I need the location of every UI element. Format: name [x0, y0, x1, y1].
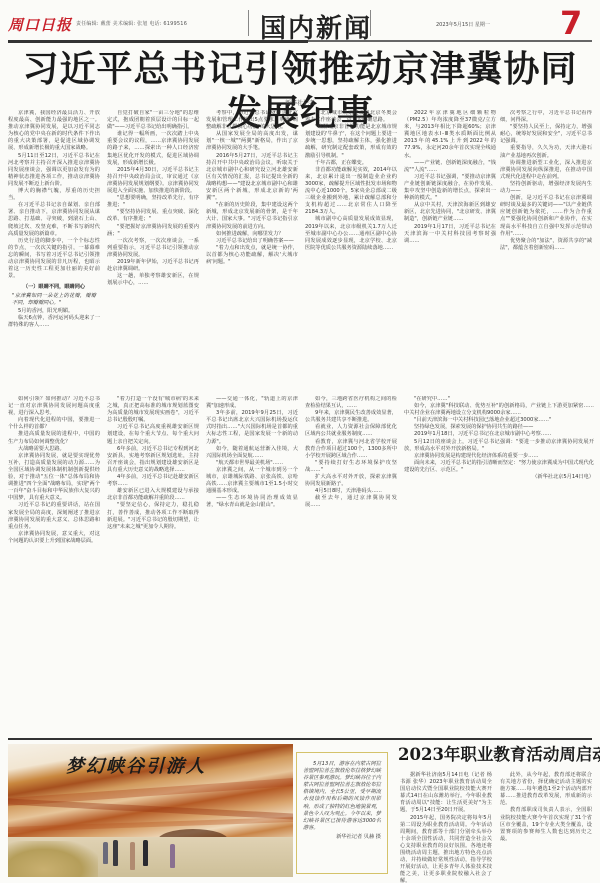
newspaper-logo: 周口日报	[8, 14, 72, 35]
paragraph: 并北京城市规划建设和北京冬奥会筹办工作座谈会，进一步明确思路。	[305, 110, 397, 124]
publication-date: 2023年5月15日 星期一	[436, 21, 490, 28]
paragraph: 推进高质量发展的进程中，中国的生产力布局如何调整优化？	[8, 431, 100, 445]
paragraph: 雄安新区已进入大规模建设与承接北京非首都功能疏解并重阶段……	[107, 488, 199, 502]
paragraph: 习近平总书记的重要讲话，站在国家发展全局的高度，深刻阐述了推进京津冀协同发展的重…	[8, 502, 100, 530]
photo-caption-box: 5月13日，游客在内蒙古阿拉善盟阿拉善左旗敖伦布拉格梦幻峡谷景区参观游玩。梦幻峡…	[296, 752, 388, 874]
paragraph: 5月11日至12日，习近平总书记在河北考察并主持召开深入推进京津冀协同发展座谈会…	[8, 153, 100, 188]
dateline: （新华社北京5月14日电）	[404, 474, 594, 481]
second-headline: 2023年职业教育活动周启动	[398, 741, 594, 765]
paragraph: 习近平总书记高度重视雄安新区规划建设，在每个重大节点、每个重大问题上亲自把关定向…	[107, 424, 199, 445]
paragraph: 如何引领？如何推动？习近平总书记一直对京津冀协同发展问题高度重视，进行深入思考。	[8, 396, 100, 417]
header-rule-accent	[8, 40, 308, 43]
paragraph: 一次次考察，一次次座谈会，一系列重要指示，习近平总书记引领推动京津冀协同发展。	[107, 238, 199, 259]
paragraph: 京津冀协同发展是构建现代化经济体系的重要一步……	[404, 453, 594, 460]
divider	[370, 10, 371, 36]
paragraph: "航天都市世界最美机场"……	[206, 460, 298, 467]
paragraph: 历史行进的脚步中，一个个标志性的节点，一次次关键的指引，一幕幕难忘的瞬间，书写着…	[8, 238, 100, 281]
paragraph: "要把握好京津冀协同发展的重要内涵；"	[107, 224, 199, 238]
article-column: "在研究中……" 如今，京津冀"科技联动、优势互补"的创新格局，产业链上下游更加…	[404, 396, 594, 734]
paragraph: 考察中，习近平总书记就推进北京发展和管理工作提出5点要求，明确"调整疏解非首都核…	[206, 110, 298, 131]
article-columns-bottom: 如何引领？如何推动？习近平总书记一直对京津冀协同发展问题高度重视，进行深入思考。…	[8, 296, 592, 646]
byline: 新华社记者	[0, 98, 600, 107]
paragraph: 2015年4月30日，习近平总书记主持召开中央政治局会议，审议通过《京津冀协同发…	[107, 167, 199, 195]
paragraph: 城市副中心高质量发展成效显现，2019年以来，北京市级机关1.7万人迁至城市副中…	[305, 216, 397, 251]
paragraph: 扩大高水平对外开放，探索京津冀协同发展新路子。	[305, 474, 397, 488]
canyon-photo: 梦幻峡谷引游人	[8, 744, 293, 877]
paragraph: "要坚持人民至上，保持定力，增强耐心，统筹好发展和安全"，习近平总书记强调。	[500, 124, 592, 145]
paragraph: 习近平总书记强调，"要推动京津冀产业链创新链深度融合，在协作发展、集中攻坚中创造…	[404, 174, 496, 202]
paragraph: 京津冀之间，从一个城市到另一个城市，京雄城际铁路、京张高铁、京哈高铁……京津冀主…	[206, 467, 298, 495]
paragraph: 京津冀，我国经济最具活力、开放程度最高、创新能力最强的地区之一。推动京津冀协同发…	[8, 110, 100, 153]
paragraph: 2022年京津冀地区细颗粒物（PM2.5）年均浓度降至37微克/立方米，与201…	[404, 110, 496, 160]
paragraph: ——交通一体化，"轨道上的京津冀"加速形成。	[206, 396, 298, 410]
paragraph: 此外，从今年起，教育部还将联合有关地方省份，择优确定活动主题的实施方案……每年遴…	[500, 772, 592, 807]
paragraph: 京津冀协同发展，就是要实现优势互补，打造高质量发展的动力源……为全国区域协调发展…	[8, 453, 100, 503]
paragraph: "思想要明确，坚持改革先行，有序推进；"	[107, 195, 199, 209]
photo-title: 梦幻峡谷引游人	[66, 752, 206, 778]
paragraph: 如今，三地跨省医疗机构之间的检查检验结果互认，……	[305, 396, 397, 410]
paragraph: 这一趟，单独考察雄安新区，在规划展示中心，……	[107, 273, 199, 287]
second-story-column: 据新华社济南5月14日电（记者 杨书源 张华）2023年职业教育活动周全国启动仪…	[400, 772, 492, 883]
second-story-column: 此外，从今年起，教育部还将联合有关地方省份，择优确定活动主题的实施方案……每年遴…	[500, 772, 592, 843]
paragraph: 看教育，京津冀与河北省学校开展教育合作项目超过100个，1300多所中小学校开展…	[305, 439, 397, 460]
article-column: 如今，三地跨省医疗机构之间的检查检验结果互认，…… 9年来，京津冀民生改善成效显…	[305, 396, 397, 734]
article-column: 如何引领？如何推动？习近平总书记一直对京津冀协同发展问题高度重视，进行深入思考。…	[8, 396, 100, 734]
paragraph: 坚持创新驱动，增强经济发展内生动力——	[500, 181, 592, 195]
paragraph: 谁记得一幅所画，一次次踏上中央重要会议的议程，……京津冀协同发展的路子来，……探…	[107, 131, 199, 166]
article-column: "着力打造一个没有'城市病'的未来之城，真正把高标准的城市规划蓝图变为高质量的城…	[107, 396, 199, 734]
paragraph: 协调推进新型工业化，深入推进京津冀协同发展向纵深推进，在推动中国式现代化进程中走…	[500, 160, 592, 181]
paragraph: 教育部职成司负责人表示，全国职业院校技能大赛今年首次实现了31个省区市全覆盖，1…	[500, 807, 592, 842]
section-divider	[8, 738, 592, 740]
editor-credits: 责任编辑: 戴蕾 美术编辑: 张旭 电话: 6199516	[76, 20, 187, 27]
paragraph: "要持续打好生态环境保护攻坚战……"	[305, 460, 397, 474]
paragraph: 2019年1月18日，习近平总书记在北京城市副中心考察……	[404, 431, 594, 438]
paragraph: 自觉打破自家"一亩三分地"的思维定式，抱成团朝着顶层设计的目标一起做"——习近平…	[107, 110, 199, 131]
paragraph: 如何推进疏解，向哪里发力？	[206, 231, 298, 238]
paragraph: 从京中关村，天津滨海新区到雄安新区，北京先进协同，"北京研发、津冀制造"，创新链…	[404, 202, 496, 223]
article-columns-top: 京津冀，我国经济最具活力、开放程度最高、创新能力最强的地区之一。推动京津冀协同发…	[8, 110, 592, 296]
paragraph: 截至去年，通过京津冀协同发展……	[305, 495, 397, 509]
paragraph: 在习近平总书记亲自谋划、亲自部署、亲自推动下，京津冀协同发展从谋思路、打基础、寻…	[8, 202, 100, 237]
paragraph: 5月12日的座谈会上，习近平总书记强调："要进一步推动京津冀协同发展开放，形成高…	[404, 439, 594, 453]
paragraph: "要坚定信心，保持定力，稳扎稳打，善作善成，推动各项工作不断取得新进展。"习近平…	[107, 502, 199, 530]
paragraph: 优势聚合的"加法"，资源共享的"减法"，都蕴含着创新密码……	[500, 238, 592, 252]
paragraph: "要坚持协同发展、重点突破、深化改革、有序推进；"	[107, 209, 199, 223]
paragraph: 如今，随着通航运营渐入佳境，大兴国际机场全面复航……	[206, 446, 298, 460]
paragraph: 2016年5月27日，习近平总书记主持召开中共中央政治局会议，听取关于北京城市副…	[206, 153, 298, 203]
photo-credit: 新华社记者 贝赫 摄	[303, 834, 381, 841]
paragraph: 创新，是习近平总书记在京津冀调研时谈及最多的关键词——"以产业链供应链创新链为依…	[500, 195, 592, 238]
paragraph: 博大的胸襟气魄，厚重的历史担当。	[8, 188, 100, 202]
photo-caption: 5月13日，游客在内蒙古阿拉善盟阿拉善左旗敖伦布拉格梦幻峡谷景区参观游玩。梦幻峡…	[303, 761, 381, 832]
grass	[8, 841, 98, 877]
paragraph: 4年多前，习近平总书记赴雄安新区考察……	[107, 474, 199, 488]
paragraph: 非首都功能疏解见实效，2014年以来，北京累计退出一般制造业企业约3000家，疏…	[305, 167, 397, 217]
paragraph: 习近平总书记给出了明确答案——	[206, 238, 298, 245]
paragraph: ——生态环境协同治理成效显著，"绿水青山就是金山银山"。	[206, 495, 298, 509]
paragraph: 9年来，京津冀民生改善成效显著，公共服务共建共享不断推进。	[305, 410, 397, 424]
page-number: 7	[560, 4, 582, 42]
paragraph: "疏解北京非首都功能是北京城市规划建设的'牛鼻子'，在这个问题上要进一步统一思想…	[305, 124, 397, 159]
divider	[248, 10, 249, 36]
section-subheading: （一）眼睛不同，眼睛同心	[8, 284, 100, 291]
paragraph: 向着现代化进程的中国，要推进一个什么样的首都？	[8, 417, 100, 431]
masthead: 周口日报 责任编辑: 戴蕾 美术编辑: 张旭 电话: 6199516 国内新闻 …	[8, 6, 592, 38]
paragraph: 面向未来，习近平总书记的指引清晰而坚定："努力使京津冀成为中国式现代化建设的先行…	[404, 460, 594, 474]
paragraph: 据新华社济南5月14日电（记者 杨书源 张华）2023年职业教育活动周全国启动仪…	[400, 772, 492, 815]
paragraph: 千年古都，正在蝶变。	[305, 160, 397, 167]
paragraph: ——产业链、创新链深度融合，"钱流""人流"……	[404, 160, 496, 174]
paragraph: "在新的历史阶段，集中建设这两个新城，形成北京发展新的骨架，是千年大计、国家大事…	[206, 202, 298, 230]
paragraph: "着力点和出发点，就是统一协作，以首都为核心功能疏解，解决'大城市病'问题。"	[206, 245, 298, 266]
paragraph: 京津冀协同发展，意义重大，对这个问题的认识要上升到国家战略层面。	[8, 531, 100, 545]
paragraph: 2019年新年伊始，习近平总书记再赴京津冀调研。	[107, 259, 199, 273]
paragraph: 大战略需要大思路。	[8, 446, 100, 453]
paragraph: 重要指导，久久为功，天津大港石油产业基地再次创新。	[500, 145, 592, 159]
article-column: ——交通一体化，"轨道上的京津冀"加速形成。 3年多前，2019年9月25日，习…	[206, 396, 298, 734]
paragraph: 2015年起，国务院决定将每年5月第二周设为职业教育活动周。今年活动周期间，教育…	[400, 815, 492, 883]
paragraph: 看就业，人力资源社会保障部优化区域内公共就业服务制度……	[305, 424, 397, 438]
paragraph: 次考察之行中，习近平总书记看得细，问得深。	[500, 110, 592, 124]
paragraph: 从国家发展全局的高度出发，谋划"一核一城""两翼"新格局，作出了京津冀协同发展的…	[206, 131, 298, 152]
paragraph: 3年多前，2019年9月25日，习近平总书记出席北京大兴国际机场投运仪式时指出……	[206, 410, 298, 445]
paragraph: "着力打造一个没有'城市病'的未来之城，真正把高标准的城市规划蓝图变为高质量的城…	[107, 396, 199, 424]
paragraph: 6年多前，习近平总书记专程到河北安新县，实地考察新区规划选址，主持召开座谈会，指…	[107, 446, 199, 474]
paragraph: 如今，京津冀"科技联动、优势互补"的创新格局，产业链上下游更加紧密……中关村企业…	[404, 403, 594, 417]
paragraph: 2019年1月17日，习近平总书记在天津滨海一中关村科技园考察时强调……	[404, 224, 496, 245]
